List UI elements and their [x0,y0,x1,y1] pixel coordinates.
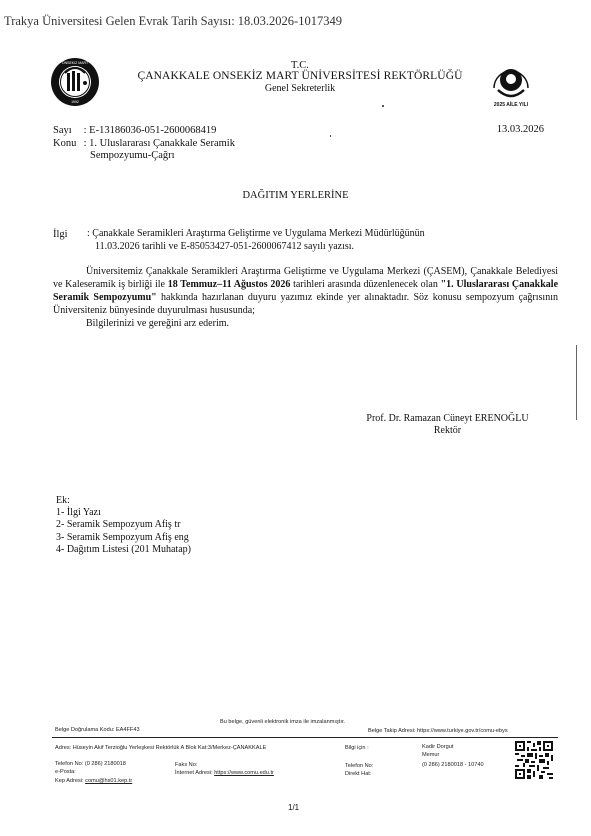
phone: Telefon No: (0 286) 2180018 [55,761,126,767]
konu-value-line1: : 1. Uluslararası Çanakkale Seramik [84,138,235,149]
web-link[interactable]: https://www.comu.edu.tr [214,770,274,776]
ilgi-line2: 11.03.2026 tarihli ve E-85053427-051-260… [87,241,557,254]
kep-label: Kep Adresi: [55,778,84,784]
svg-text:ONSEKIZ MART: ONSEKIZ MART [62,61,89,65]
incoming-document-stamp: Trakya Üniversitesi Gelen Evrak Tarih Sa… [4,14,342,29]
email-label: e-Posta: [55,769,76,775]
closing-text: Bilgilerinizi ve gereğini arz ederim. [86,318,229,329]
page-number: 1/1 [288,803,299,812]
direct-line-label: Direkt Hat: [345,771,371,777]
scan-dot [382,105,384,107]
attachments-list: Ek: 1- İlgi Yazı 2- Seramik Sempozyum Af… [56,495,191,556]
header-university: ÇANAKKALE ONSEKİZ MART ÜNİVERSİTESİ REKT… [120,70,480,82]
signature-block: Prof. Dr. Ramazan Cüneyt ERENOĞLU Rektör [340,413,555,437]
body-text-part: tarihleri arasında düzenlenecek olan [290,279,440,290]
event-dates: 18 Temmuz–11 Ağustos 2026 [168,279,291,290]
scan-artifact [576,345,577,420]
web-label: İnternet Adresi: [175,770,213,776]
ilgi-text: : Çanakkale Seramikleri Araştırma Gelişt… [87,228,557,253]
attachments-label: Ek: [56,495,191,507]
kep-row: Kep Adresi: comu@hs01.kep.tr [55,778,132,784]
family-year-logo-icon: 2025 AİLE YILI [488,58,534,108]
body-text: Üniversitemiz Çanakkale Seramikleri Araş… [53,265,558,330]
esign-note: Bu belge, güvenli elektronik imza ile im… [220,719,345,725]
fax-label: Faks No: [175,762,197,768]
contact-phone: (0 286) 2180018 - 10740 [422,762,484,768]
sayi-row: Sayı : E-13186036-051-2600068419 [53,124,216,137]
sayi-label: Sayı [53,124,81,137]
attachment-item: 4- Dağıtım Listesi (201 Muhatap) [56,544,191,556]
konu-value-line2: Sempozyumu-Çağrı [90,149,175,162]
attachment-item: 3- Seramik Sempozyum Afiş eng [56,532,191,544]
university-seal-icon: ONSEKIZ MART 1992 [50,57,100,107]
web-row: İnternet Adresi: https://www.comu.edu.tr [175,770,274,776]
svg-text:1992: 1992 [71,100,79,104]
footer-divider [52,737,558,738]
attachment-item: 1- İlgi Yazı [56,507,191,519]
qr-code-icon[interactable] [515,741,553,779]
svg-text:2025 AİLE YILI: 2025 AİLE YILI [494,101,529,108]
contact-phone-label: Telefon No: [345,763,373,769]
contact-name: Kadir Dorgut [422,744,453,750]
document-date: 13.03.2026 [497,124,544,135]
tracking-address: Belge Takip Adresi: https://www.turkiye.… [368,728,508,734]
konu-label: Konu [53,137,81,150]
info-label: Bilgi için : [345,745,369,751]
signer-title: Rektör [340,425,555,437]
ilgi-line1: : Çanakkale Seramikleri Araştırma Gelişt… [87,228,557,241]
contact-title: Memur [422,752,439,758]
document-title: DAĞITIM YERLERİNE [0,190,591,201]
ilgi-label: İlgi [53,229,68,240]
body-paragraph-1: Üniversitemiz Çanakkale Seramikleri Araş… [53,265,558,317]
signer-name: Prof. Dr. Ramazan Cüneyt ERENOĞLU [340,413,555,425]
header-department: Genel Sekreterlik [120,83,480,94]
body-paragraph-2: Bilgilerinizi ve gereğini arz ederim. [53,317,558,330]
verification-code: Belge Doğrulama Kodu: EA4FF43 [55,727,140,733]
address: Adres: Hüseyin Akif Terzioğlu Yerleşkesi… [55,745,266,751]
attachment-item: 2- Seramik Sempozyum Afiş tr [56,519,191,531]
sayi-value: : E-13186036-051-2600068419 [84,125,217,136]
kep-link[interactable]: comu@hs01.kep.tr [85,778,132,784]
scan-dot [330,135,331,137]
